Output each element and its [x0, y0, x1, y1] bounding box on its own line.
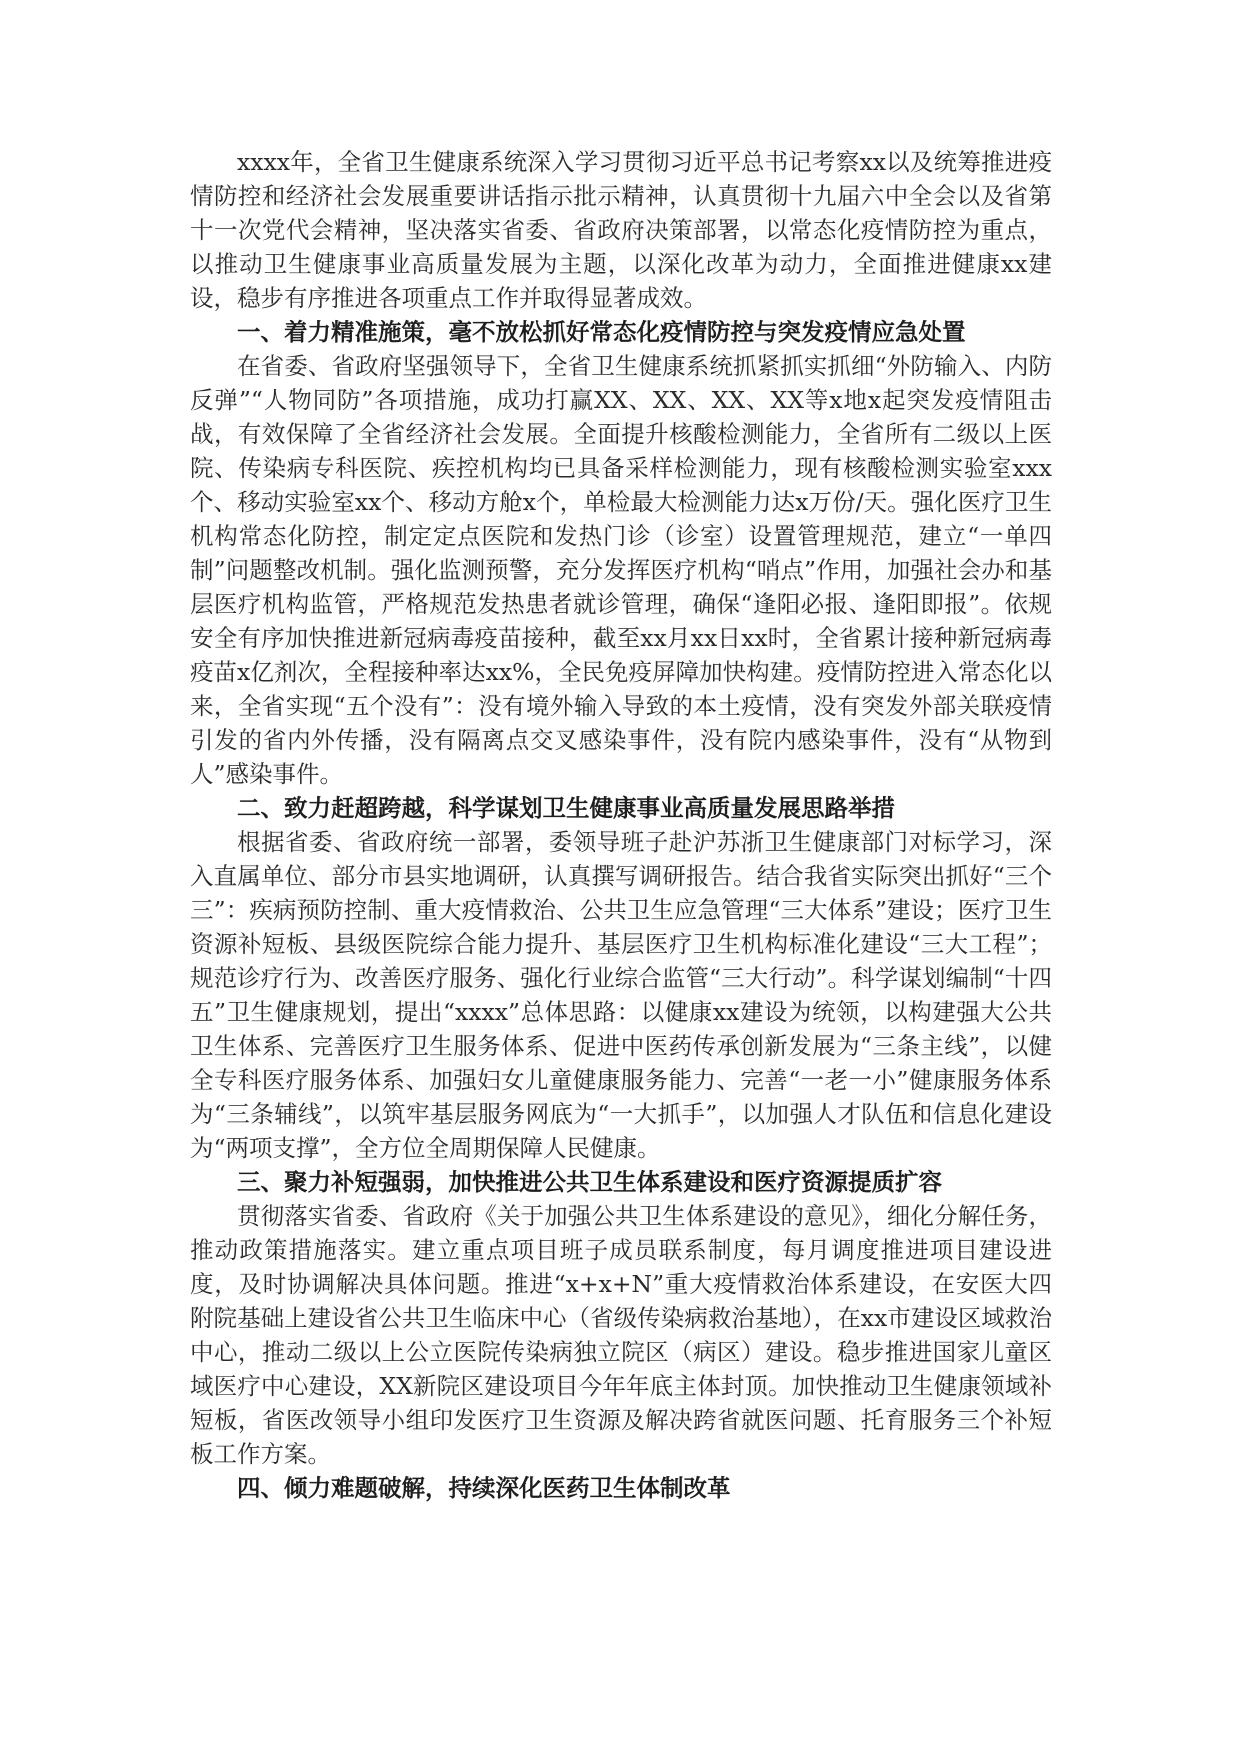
section-4-heading: 四、倾力难题破解，持续深化医药卫生体制改革: [190, 1471, 1052, 1505]
section-3-heading: 三、聚力补短强弱，加快推进公共卫生体系建设和医疗资源提质扩容: [190, 1165, 1052, 1199]
section-2-body: 根据省委、省政府统一部署，委领导班子赴沪苏浙卫生健康部门对标学习，深入直属单位、…: [190, 825, 1052, 1165]
intro-paragraph: xxxx年，全省卫生健康系统深入学习贯彻习近平总书记考察xx以及统筹推进疫情防控…: [190, 145, 1052, 315]
section-1-body: 在省委、省政府坚强领导下，全省卫生健康系统抓紧抓实抓细“外防输入、内防反弹”“人…: [190, 349, 1052, 791]
section-1-heading: 一、着力精准施策，毫不放松抓好常态化疫情防控与突发疫情应急处置: [190, 315, 1052, 349]
section-3-body: 贯彻落实省委、省政府《关于加强公共卫生体系建设的意见》，细化分解任务，推动政策措…: [190, 1199, 1052, 1471]
document-page: xxxx年，全省卫生健康系统深入学习贯彻习近平总书记考察xx以及统筹推进疫情防控…: [190, 145, 1052, 1505]
section-2-heading: 二、致力赶超跨越，科学谋划卫生健康事业高质量发展思路举措: [190, 791, 1052, 825]
